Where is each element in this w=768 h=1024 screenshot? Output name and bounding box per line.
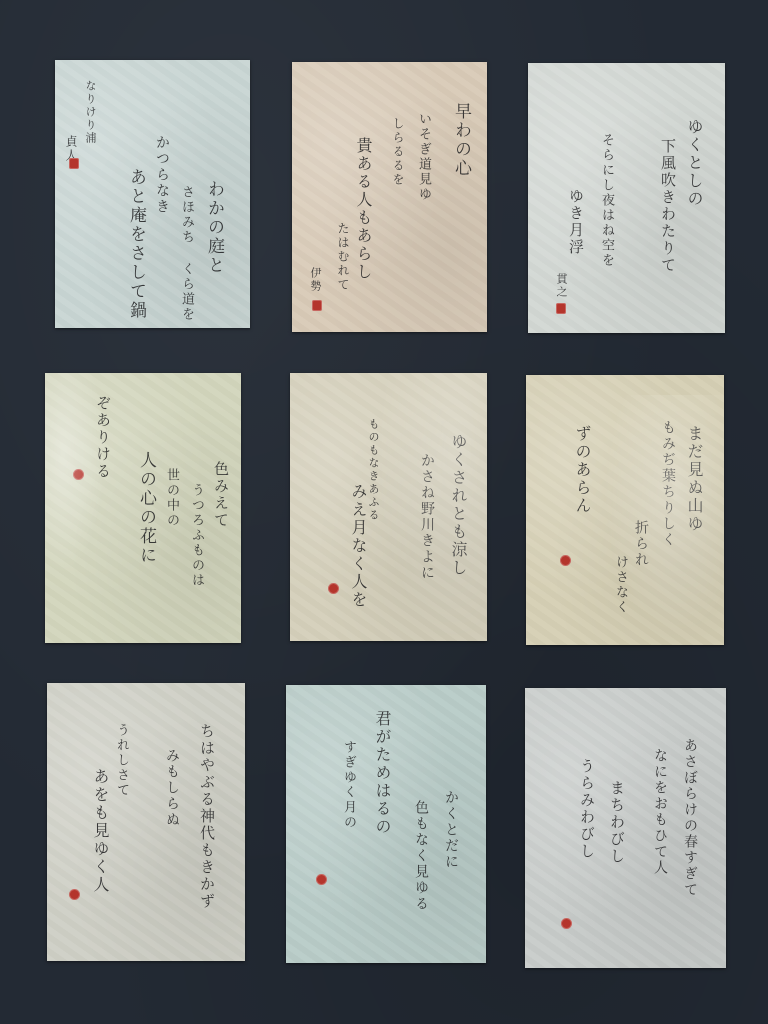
poem-column: 貴ある人もあらし — [355, 137, 371, 281]
poem-column: ゆくとしの — [686, 118, 702, 208]
poem-column: まちわびし — [609, 780, 624, 865]
poem-column: すぎゆく月の — [342, 740, 355, 830]
red-seal — [556, 303, 566, 314]
poem-column: うらみわびし — [579, 758, 594, 860]
poem-column: あをも見ゆく人 — [92, 768, 108, 894]
poem-column: 色もなく見ゆる — [414, 800, 428, 912]
poem-column: 人の心の花に — [137, 451, 154, 565]
calligraphy-sheet-7: ちはやぶる神代もきかず みもしらぬ うれしさて あをも見ゆく人 — [47, 683, 245, 961]
poem-column: なりけり浦 — [85, 80, 96, 145]
poem-column: 色みえて — [213, 461, 228, 529]
poem-column: しらるるを — [392, 117, 404, 187]
poem-column: かつらなき — [155, 135, 169, 215]
poem-column: たはむれて — [337, 222, 349, 292]
silver-fleck-decoration — [45, 373, 105, 573]
poem-column: うつろふものは — [190, 483, 203, 588]
red-seal — [561, 918, 572, 929]
calligraphy-sheet-3: ゆくとしの 下風吹きわたりて そらにし夜はね空を ゆき月浮 貫之 — [528, 63, 725, 333]
calligraphy-sheet-1: わかの庭と さほみち くら道を かつらなき あと庵をさして鍋 なりけり浦 貞人 — [55, 60, 250, 328]
poem-column: いそぎ道見ゆ — [417, 112, 430, 202]
red-seal — [69, 889, 80, 900]
calligraphy-sheet-2: 早わの心 いそぎ道見ゆ しらるるを 貴ある人もあらし たはむれて 伊勢 — [292, 62, 487, 332]
calligraphy-sheet-8: かくとだに 色もなく見ゆる 君がためはるの すぎゆく月の — [286, 685, 486, 963]
poem-column: みもしらぬ — [165, 748, 179, 828]
poem-column: 下風吹きわたりて — [660, 138, 675, 274]
poem-column: ずのあらん — [574, 425, 590, 515]
poem-column: 早わの心 — [452, 102, 469, 178]
calligraphy-sheet-5: ゆくされとも涼し かさね野川きよに ものもなきあふる みえ月なく人を — [290, 373, 487, 641]
signature: 伊勢 — [310, 267, 321, 293]
poem-column: ゆき月浮 — [568, 188, 583, 256]
poem-column: あさぼらけの春すぎて — [683, 738, 697, 898]
red-seal — [560, 555, 571, 566]
poem-column: うれしさて — [115, 723, 128, 798]
calligraphy-sheet-6: まだ見ぬ山ゆ もみぢ葉ちりしく 折られ けさなく ずのあらん — [526, 375, 724, 645]
red-seal — [69, 158, 79, 169]
poem-column: かくとだに — [444, 790, 458, 870]
calligraphy-sheet-4: 色みえて うつろふものは 世の中の 人の心の花に ぞありける — [45, 373, 241, 643]
poem-column: みえ月なく人を — [350, 483, 366, 609]
red-seal — [328, 583, 339, 594]
poem-column: そらにし夜はね空を — [600, 133, 613, 268]
poem-column: あと庵をさして鍋 — [127, 168, 144, 320]
red-seal — [316, 874, 327, 885]
poem-column: さほみち くら道を — [180, 185, 193, 322]
poem-column: なにをおもひて人 — [653, 748, 667, 876]
signature: 貫之 — [556, 273, 567, 299]
silver-pattern-decoration — [604, 395, 724, 635]
poem-column: ちはやぶる神代もきかず — [199, 723, 214, 910]
poem-column: 世の中の — [165, 468, 178, 528]
calligraphy-sheet-9: あさぼらけの春すぎて なにをおもひて人 まちわびし うらみわびし — [525, 688, 726, 968]
poem-column: わかの庭と — [205, 180, 222, 275]
poem-column: 君がためはるの — [374, 710, 390, 836]
red-seal — [312, 300, 322, 311]
silver-pattern-decoration — [377, 373, 487, 641]
mounting-board: わかの庭と さほみち くら道を かつらなき あと庵をさして鍋 なりけり浦 貞人 … — [0, 0, 768, 1024]
